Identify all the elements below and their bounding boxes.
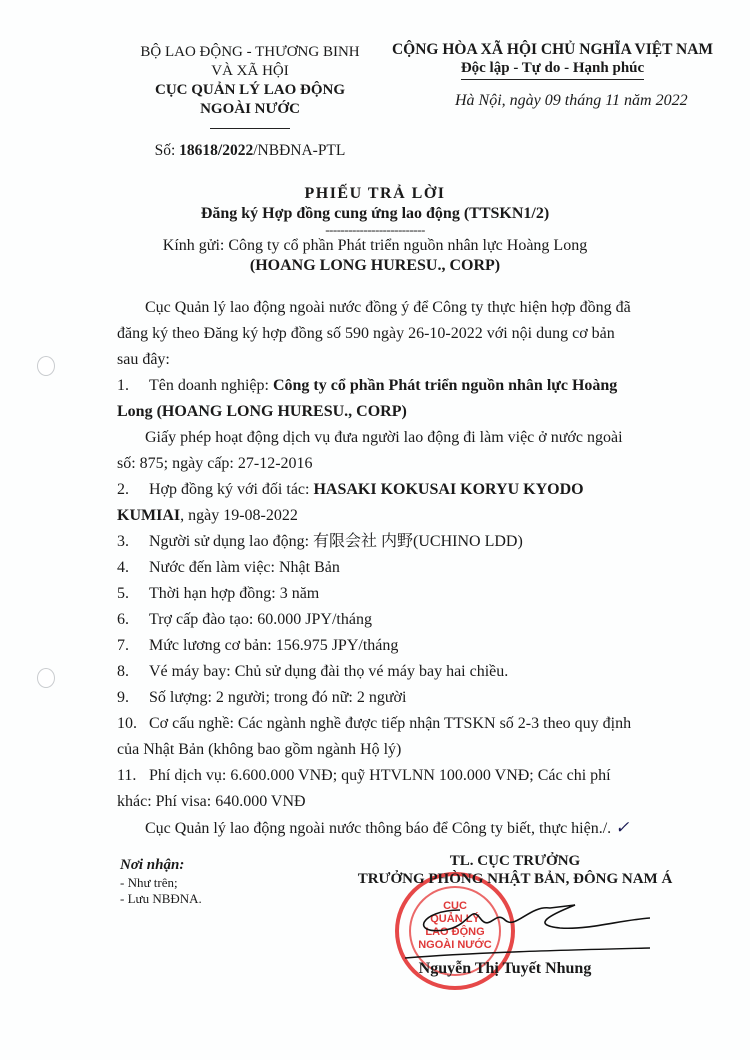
- signer-authority: TL. CỤC TRƯỞNG: [325, 852, 705, 870]
- item-number: 5.: [117, 581, 149, 607]
- item-label: Nước đến làm việc:: [149, 559, 279, 576]
- title-block: PHIẾU TRẢ LỜI Đăng ký Hợp đồng cung ứng …: [0, 184, 750, 276]
- item-label: Số lượng:: [149, 689, 216, 706]
- list-item: 5.Thời hạn hợp đồng: 3 năm: [117, 581, 637, 607]
- item-label: Phí dịch vụ:: [149, 767, 230, 784]
- item-number: 11.: [117, 763, 149, 789]
- list-item: 9.Số lượng: 2 người; trong đó nữ: 2 ngườ…: [117, 685, 637, 711]
- document-date: Hà Nội, ngày 09 tháng 11 năm 2022: [455, 92, 688, 110]
- ministry-name: BỘ LAO ĐỘNG - THƯƠNG BINH: [110, 43, 390, 62]
- item-text: Trợ cấp đào tạo: 60.000 JPY/tháng: [149, 607, 637, 633]
- item-label: Người sử dụng lao động:: [149, 533, 313, 550]
- item-extra: Giấy phép hoạt động dịch vụ đưa người la…: [117, 425, 637, 477]
- punch-hole-icon: [37, 668, 55, 688]
- document-number: Số: 18618/2022/NBĐNA-PTL: [110, 141, 390, 160]
- issuing-agency-header: BỘ LAO ĐỘNG - THƯƠNG BINH VÀ XÃ HỘI CỤC …: [110, 43, 390, 160]
- item-label: Hợp đồng ký với đối tác:: [149, 481, 313, 498]
- list-item: 6.Trợ cấp đào tạo: 60.000 JPY/tháng: [117, 607, 637, 633]
- document-number-value: 18618/2022: [179, 142, 253, 159]
- document-body: Cục Quản lý lao động ngoài nước đồng ý đ…: [117, 295, 637, 842]
- list-item: 10.Cơ cấu nghề: Các ngành nghề được tiếp…: [117, 711, 637, 763]
- list-item: 3.Người sử dụng lao động: 有限会社 内野(UCHINO…: [117, 529, 637, 555]
- item-label: Trợ cấp đào tạo:: [149, 611, 257, 628]
- item-text: Tên doanh nghiệp: Công ty cổ phần Phát t…: [117, 377, 617, 420]
- national-motto: Độc lập - Tự do - Hạnh phúc: [461, 59, 644, 80]
- item-value: 2 người; trong đó nữ: 2 người: [216, 689, 407, 706]
- item-value: 有限会社 内野(UCHINO LDD): [313, 533, 523, 550]
- item-number: 7.: [117, 633, 149, 659]
- item-number: 1.: [117, 373, 149, 399]
- nation-title: CỘNG HÒA XÃ HỘI CHỦ NGHĨA VIỆT NAM: [380, 40, 725, 59]
- document-subtitle: Đăng ký Hợp đồng cung ứng lao động (TTSK…: [0, 204, 750, 224]
- item-text: Phí dịch vụ: 6.600.000 VNĐ; quỹ HTVLNN 1…: [117, 767, 611, 810]
- punch-hole-icon: [37, 356, 55, 376]
- item-value: 3 năm: [280, 585, 320, 602]
- document-number-label: Số:: [155, 142, 180, 159]
- checkmark-icon: ✓: [615, 818, 629, 837]
- item-number: 8.: [117, 659, 149, 685]
- intro-paragraph: Cục Quản lý lao động ngoài nước đồng ý đ…: [117, 295, 637, 373]
- recipients-label: Nơi nhận:: [120, 857, 202, 873]
- item-text: Mức lương cơ bản: 156.975 JPY/tháng: [149, 633, 637, 659]
- item-text: Vé máy bay: Chủ sử dụng đài thọ vé máy b…: [149, 659, 637, 685]
- item-number: 4.: [117, 555, 149, 581]
- addressee: Kính gửi: Công ty cổ phần Phát triển ngu…: [0, 236, 750, 256]
- department-name-cont: NGOÀI NƯỚC: [110, 100, 390, 119]
- title-separator: --------------------------: [0, 224, 750, 236]
- ministry-name-cont: VÀ XÃ HỘI: [110, 62, 390, 81]
- list-item: 1.Tên doanh nghiệp: Công ty cổ phần Phát…: [117, 373, 637, 425]
- list-item: 2.Hợp đồng ký với đối tác: HASAKI KOKUSA…: [117, 477, 637, 529]
- item-text: Thời hạn hợp đồng: 3 năm: [149, 581, 637, 607]
- item-number: 2.: [117, 477, 149, 503]
- header-divider: [210, 128, 290, 129]
- item-number: 9.: [117, 685, 149, 711]
- handwritten-signature-icon: [400, 880, 650, 960]
- closing-paragraph: Cục Quản lý lao động ngoài nước thông bá…: [117, 815, 637, 842]
- recipient-item: - Lưu NBĐNA.: [120, 891, 202, 907]
- national-header: CỘNG HÒA XÃ HỘI CHỦ NGHĨA VIỆT NAM Độc l…: [380, 40, 725, 80]
- item-text: Cơ cấu nghề: Các ngành nghề được tiếp nh…: [117, 715, 631, 758]
- addressee-english: (HOANG LONG HURESU., CORP): [0, 256, 750, 276]
- list-item: 11.Phí dịch vụ: 6.600.000 VNĐ; quỹ HTVLN…: [117, 763, 637, 815]
- recipient-item: - Như trên;: [120, 875, 202, 891]
- list-item: 8.Vé máy bay: Chủ sử dụng đài thọ vé máy…: [117, 659, 637, 685]
- item-label: Mức lương cơ bản:: [149, 637, 276, 654]
- list-item: 7.Mức lương cơ bản: 156.975 JPY/tháng: [117, 633, 637, 659]
- item-suffix: , ngày 19-08-2022: [180, 507, 298, 524]
- item-value: 156.975 JPY/tháng: [276, 637, 399, 654]
- closing-text: Cục Quản lý lao động ngoài nước thông bá…: [145, 820, 611, 837]
- item-text: Số lượng: 2 người; trong đó nữ: 2 người: [149, 685, 637, 711]
- item-number: 3.: [117, 529, 149, 555]
- document-page: BỘ LAO ĐỘNG - THƯƠNG BINH VÀ XÃ HỘI CỤC …: [0, 0, 750, 1060]
- content-list: 1.Tên doanh nghiệp: Công ty cổ phần Phát…: [117, 373, 637, 815]
- item-label: Thời hạn hợp đồng:: [149, 585, 280, 602]
- item-text: Hợp đồng ký với đối tác: HASAKI KOKUSAI …: [117, 481, 584, 524]
- item-label: Cơ cấu nghề:: [149, 715, 238, 732]
- list-item: 4.Nước đến làm việc: Nhật Bản: [117, 555, 637, 581]
- item-value: Chủ sử dụng đài thọ vé máy bay hai chiều…: [235, 663, 509, 680]
- document-number-suffix: /NBĐNA-PTL: [253, 142, 345, 159]
- signer-name: Nguyễn Thị Tuyết Nhung: [405, 960, 605, 978]
- item-label: Tên doanh nghiệp:: [149, 377, 273, 394]
- item-value: 60.000 JPY/tháng: [257, 611, 372, 628]
- item-text: Nước đến làm việc: Nhật Bản: [149, 555, 637, 581]
- item-number: 6.: [117, 607, 149, 633]
- item-label: Vé máy bay:: [149, 663, 235, 680]
- recipients-block: Nơi nhận: - Như trên; - Lưu NBĐNA.: [120, 857, 202, 907]
- item-value: Nhật Bản: [279, 559, 340, 576]
- document-title: PHIẾU TRẢ LỜI: [0, 184, 750, 204]
- department-name: CỤC QUẢN LÝ LAO ĐỘNG: [110, 81, 390, 100]
- item-text: Người sử dụng lao động: 有限会社 内野(UCHINO L…: [149, 529, 637, 555]
- item-number: 10.: [117, 711, 149, 737]
